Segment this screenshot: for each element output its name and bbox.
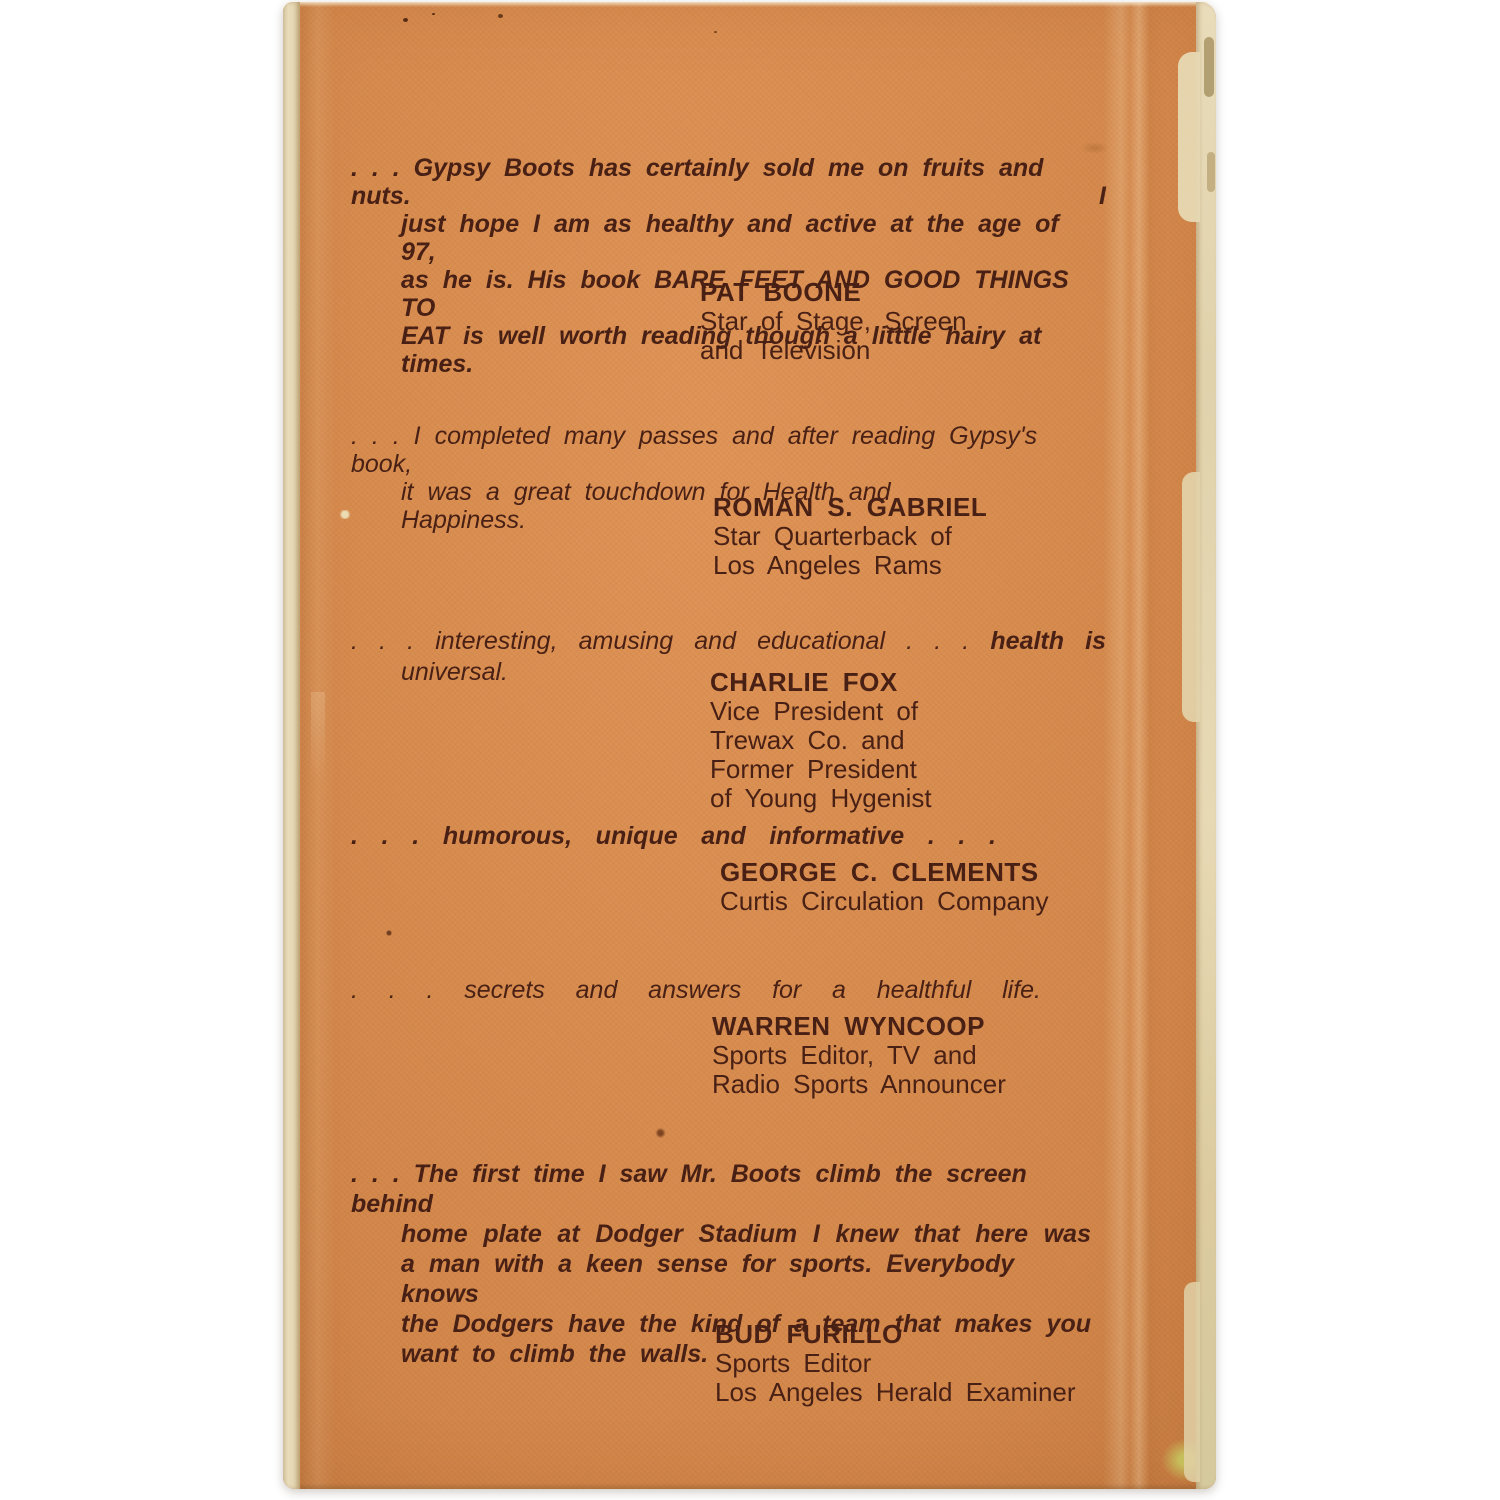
attribution-role: Radio Sports Announcer [712,1070,1006,1099]
cover-stain [403,18,408,22]
cover-crease [1103,2,1163,1489]
attribution-name: PAT BOONE [700,278,967,307]
testimonial-george-clements: . . . humorous, unique and informative .… [351,822,1106,850]
quote-line: a man with a keen sense for sports. Ever… [401,1249,1091,1309]
book-page-edge [1196,2,1216,1489]
edge-tear [1204,37,1214,97]
attribution-role: Los Angeles Herald Examiner [715,1378,1076,1407]
quote-line: . . . humorous, unique and informative .… [351,822,996,850]
attribution-role: Former President [710,755,932,784]
attribution-role: Curtis Circulation Company [720,887,1048,916]
quote-line: . . . I completed many passes and after … [351,422,1106,478]
attribution-role: Sports Editor [715,1349,1076,1378]
worn-edge-patch [1182,472,1200,722]
quote-line: . . . interesting, amusing and education… [351,626,1106,657]
attribution-name: BUD FURILLO [715,1320,1076,1349]
book-spine-edge [283,2,300,1489]
attribution-role: Trewax Co. and [710,726,932,755]
edge-tear [1207,152,1215,192]
attribution-bud-furillo: BUD FURILLO Sports Editor Los Angeles He… [715,1320,1076,1407]
cover-stain [339,510,351,519]
book-bottom-edge [291,1483,1208,1489]
cover-crease [301,2,335,1489]
attribution-name: CHARLIE FOX [710,668,932,697]
cover-stain [386,930,392,936]
attribution-name: WARREN WYNCOOP [712,1012,1006,1041]
book-top-edge [291,2,1208,7]
attribution-role: Vice President of [710,697,932,726]
worn-edge-patch [1178,52,1200,222]
cover-stain [1081,142,1109,154]
attribution-role: of Young Hygenist [710,784,932,813]
cover-stain [655,1128,666,1138]
attribution-role: Star Quarterback of [713,522,987,551]
quote-segment: . . . interesting, amusing and education… [351,627,969,655]
attribution-warren-wyncoop: WARREN WYNCOOP Sports Editor, TV and Rad… [712,1012,1006,1099]
attribution-role: and Television [700,336,967,365]
attribution-name: ROMAN S. GABRIEL [713,493,987,522]
attribution-roman-gabriel: ROMAN S. GABRIEL Star Quarterback of Los… [713,493,987,580]
quote-line: . . . The first time I saw Mr. Boots cli… [351,1159,1091,1219]
attribution-role: Star of Stage, Screen [700,307,967,336]
attribution-name: GEORGE C. CLEMENTS [720,858,1048,887]
testimonial-warren-wyncoop: . . . secrets and answers for a healthfu… [351,976,1106,1004]
quote-line: . . . Gypsy Boots has certainly sold me … [351,154,1106,210]
quote-line: . . . secrets and answers for a healthfu… [351,976,1041,1004]
attribution-role: Los Angeles Rams [713,551,987,580]
cover-stain [311,692,325,782]
quote-line: home plate at Dodger Stadium I knew that… [401,1219,1091,1249]
attribution-charlie-fox: CHARLIE FOX Vice President of Trewax Co.… [710,668,932,813]
photo-white-background: . . . Gypsy Boots has certainly sold me … [0,0,1500,1500]
attribution-george-clements: GEORGE C. CLEMENTS Curtis Circulation Co… [720,858,1048,916]
attribution-role: Sports Editor, TV and [712,1041,1006,1070]
quote-line: just hope I am as healthy and active at … [401,210,1106,266]
worn-edge-patch [1184,1282,1200,1482]
quote-segment-bold: health is [990,627,1106,655]
attribution-pat-boone: PAT BOONE Star of Stage, Screen and Tele… [700,278,967,365]
book-back-cover: . . . Gypsy Boots has certainly sold me … [283,2,1216,1489]
